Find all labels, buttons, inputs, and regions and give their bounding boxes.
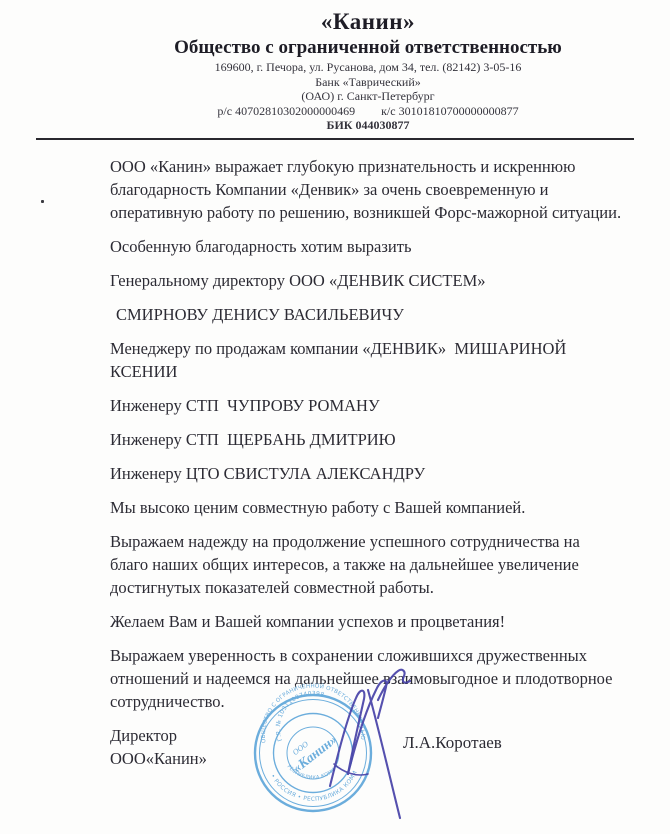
paragraph-wishes: Желаем Вам и Вашей компании успехов и пр… [110,610,658,633]
bik-code: БИК 044030877 [72,118,664,133]
paragraph-special-thanks: Особенную благодарность хотим выразить [110,235,658,258]
letter-body: ООО «Канин» выражает глубокую признатель… [0,140,670,713]
paragraph-director-name: СМИРНОВУ ДЕНИСУ ВАСИЛЬЕВИЧУ [110,303,658,326]
paragraph-engineer-3: Инженеру ЦТО СВИСТУЛА АЛЕКСАНДРУ [110,462,658,485]
paragraph-manager: Менеджеру по продажам компании «ДЕНВИК» … [110,337,658,383]
bank-name: Банк «Таврический» [72,75,664,90]
paragraph-value-statement: Мы высоко ценим совместную работу с Ваше… [110,496,658,519]
signer-position: Директор ООО«Канин» [110,724,670,770]
signature-block: Директор ООО«Канин» Л.А.Коротаев [0,724,670,770]
company-title: «Канин» [72,8,664,36]
paragraph-engineer-2: Инженеру СТП ЩЕРБАНЬ ДМИТРИЮ [110,428,658,451]
settlement-account: р/с 40702810302000000469 [217,104,355,118]
scanned-letter-page: «Канин» Общество с ограниченной ответств… [0,0,670,834]
paragraph-engineer-1: Инженеру СТП ЧУПРОВУ РОМАНУ [110,394,658,417]
scan-artifact-dot [41,200,44,203]
paragraph-hope-cooperation: Выражаем надежду на продолжение успешног… [110,530,658,599]
corr-account: к/с 30101810700000000877 [381,104,519,118]
signer-name: Л.А.Коротаев [403,733,502,753]
paragraph-confidence: Выражаем уверенность в сохранении сложив… [110,644,658,713]
bank-accounts: р/с 40702810302000000469к/с 301018107000… [72,104,664,119]
company-address: 169600, г. Печора, ул. Русанова, дом 34,… [72,60,664,75]
company-legal-form: Общество с ограниченной ответственностью [72,36,664,60]
paragraph-gratitude-intro: ООО «Канин» выражает глубокую признатель… [110,155,658,224]
letterhead: «Канин» Общество с ограниченной ответств… [72,0,664,133]
paragraph-director-role: Генеральному директору ООО «ДЕНВИК СИСТЕ… [110,269,658,292]
bank-city: (ОАО) г. Санкт-Петербург [72,89,664,104]
